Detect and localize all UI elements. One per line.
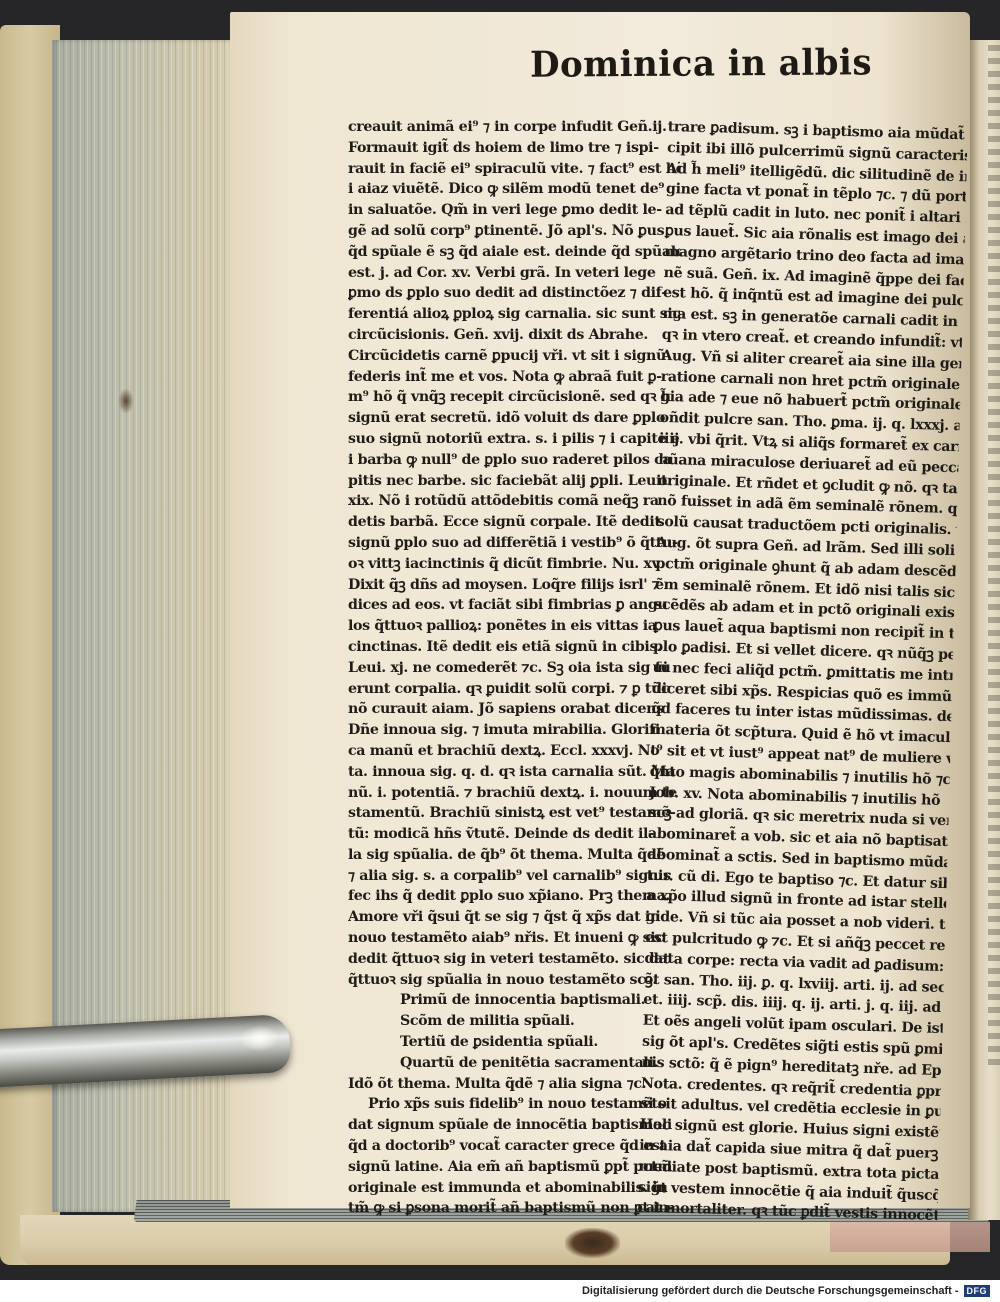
text-line: detis barbã. Ecce signũ corpale. Itẽ ded… — [348, 512, 680, 533]
text-line: signũ erat secretũ. idõ voluit ds dare ꝑ… — [348, 408, 680, 429]
text-line: Quartũ de penitẽtia sacramentali. — [348, 1053, 680, 1074]
text-line: los q̃ttuoꝛ pallioꝝ: ponẽtes in eis vitt… — [348, 616, 680, 637]
text-line: pitis nec barbe. sic faciebãt alij ꝑpli.… — [348, 471, 680, 492]
text-line: Prio xp̃s suis fidelib⁹ in nouo testamẽt… — [348, 1094, 680, 1115]
text-line: federis int̃ me et vos. Nota ꝙ abraã fui… — [348, 367, 680, 388]
cover-spine-fragment — [830, 1222, 990, 1252]
text-line: Circũcidetis carnẽ ꝑpucij vři. vt sit i … — [348, 346, 680, 367]
text-line: ta. innoua sig. q. d. qꝛ ista carnalia s… — [348, 762, 680, 783]
text-line: fec ihs q̃ dedit ꝑplo suo xp̃iano. Prꝫ t… — [348, 886, 680, 907]
text-line: q̃d a doctorib⁹ vocat̃ caracter grece q̃… — [348, 1136, 680, 1157]
running-head: Dominica in albis — [530, 42, 872, 87]
text-line: xix. Nõ i rotũdũ attõdebitis comã neq̃ꝫ … — [348, 491, 680, 512]
text-line: q̃ttuoꝛ sig spũalia in nouo testamẽto sc… — [348, 970, 680, 991]
cover-stain — [565, 1228, 620, 1258]
text-line: ⁊ alia sig. s. a corpalib⁹ vel carnalib⁹… — [348, 866, 680, 887]
text-line: erunt corpalia. qꝛ ꝑuidit solũ corpi. ⁊ … — [348, 679, 680, 700]
text-line: la sig spũalia. de q̃b⁹ õt thema. Multa … — [348, 845, 680, 866]
text-line: Amore vři q̃sui q̃t se sig ⁊ q̃st q̃ xp̃… — [348, 907, 680, 928]
text-line: ꝑmo ds ꝑplo suo dedit ad distinctõez ⁊ d… — [348, 283, 680, 304]
text-line: Dñe innoua sig. ⁊ imuta mirabilia. Glori… — [348, 720, 680, 741]
text-line: tũ: modicã hñs ṽtutẽ. Deinde ds dedit il… — [348, 824, 680, 845]
text-line: dedit q̃ttuoꝛ sig in veteri testamẽto. s… — [348, 949, 680, 970]
text-line: Primũ de innocentia baptismali. — [348, 990, 680, 1011]
text-line: est. j. ad Cor. xv. Verbi grã. In veteri… — [348, 263, 680, 284]
text-line: Formauit igit̃ ds hoiem de limo tre ⁊ is… — [348, 138, 680, 159]
text-line: i aiaz viuẽtẽ. Dico ꝙ silẽm modũ tenet d… — [348, 179, 680, 200]
text-line: dices ad eos. vt faciãt sibi fimbrias ꝑ … — [348, 595, 680, 616]
text-line: creauit animã ei⁹ ⁊ in corpe infudit Geñ… — [348, 117, 680, 138]
footer-credit-bar: Digitalisierung gefördert durch die Deut… — [0, 1280, 1000, 1302]
text-line: q̃d spũale ẽ sꝫ q̃d aiale est. deinde q̃… — [348, 242, 680, 263]
text-line: suo signũ notoriũ extra. s. i pilis ⁊ i … — [348, 429, 680, 450]
text-line: signũ latine. Aia em̃ añ baptismũ ꝑpt̃ p… — [348, 1157, 680, 1178]
text-line: Idõ õt thema. Multa q̃dẽ ⁊ alia signa ⁊c… — [348, 1074, 680, 1095]
left-text-column: creauit animã ei⁹ ⁊ in corpe infudit Geñ… — [348, 117, 680, 1219]
text-line: circũcisionis. Geñ. xvij. dixit ds Abrah… — [348, 325, 680, 346]
text-line: originale est immunda et abominabilis. i… — [348, 1178, 680, 1199]
text-line: gẽ ad solũ corp⁹ ꝑtinentẽ. Jõ apl's. Nõ … — [348, 221, 680, 242]
text-line: m⁹ hõ q̃ vnq̃ꝫ recepit circũcisionẽ. sed… — [348, 387, 680, 408]
text-line: in saluatõe. Qm̃ in veri lege ꝑmo dedit … — [348, 200, 680, 221]
text-line: ferentiá alioꝝ ꝑploꝝ sig carnalia. sic s… — [348, 304, 680, 325]
text-line: stamentũ. Brachiũ sinistꝝ est vet⁹ testa… — [348, 803, 680, 824]
text-line: i barba ꝙ null⁹ de ꝑplo suo raderet pilo… — [348, 450, 680, 471]
text-line: oꝛ vittꝫ iacinctinis q̃ dicũt fimbrie. N… — [348, 554, 680, 575]
footer-credit-text: Digitalisierung gefördert durch die Deut… — [582, 1285, 959, 1297]
text-line: Tertiũ de ꝑsidentia spũali. — [348, 1032, 680, 1053]
text-line: nouo testamẽto aiab⁹ nřis. Et inueni ꝙ s… — [348, 928, 680, 949]
text-line: rauit in faciẽ ei⁹ spiraculũ vite. ⁊ fac… — [348, 159, 680, 180]
book-photo: Dominica in albis creauit animã ei⁹ ⁊ in… — [0, 0, 1000, 1280]
page-edge-stain — [118, 388, 134, 414]
text-line: ca manũ et brachiũ dextꝝ. Eccl. xxxvj. N… — [348, 741, 680, 762]
facing-page-text — [988, 45, 1000, 1065]
text-line: Dixit q̃ꝫ dñs ad moysen. Loq̃re filijs i… — [348, 575, 680, 596]
right-text-column: trare ꝑadisum. sꝫ i baptismo aia mũdat̃ … — [637, 117, 968, 1227]
text-line: nũ. i. potentiã. ⁊ brachiũ dextꝝ. i. nou… — [348, 783, 680, 804]
dfg-logo: DFG — [964, 1285, 991, 1297]
text-line: cinctinas. Itẽ dedit eis etiã signũ in c… — [348, 637, 680, 658]
text-line: Leui. xj. ne comederẽt ⁊c. Sꝫ oia ista s… — [348, 658, 680, 679]
text-line: nõ curauit aiam. Jõ sapiens orabat dicen… — [348, 699, 680, 720]
text-line: tm̃ ꝙ si ꝑsona morit̃ añ baptismũ non ꝑt… — [348, 1198, 680, 1219]
text-line: dat signum spũale de innocẽtia baptismal… — [348, 1115, 680, 1136]
text-line: Scõm de militia spũali. — [348, 1011, 680, 1032]
text-line: signũ ꝑplo suo ad differẽtiã i vestib⁹ õ… — [348, 533, 680, 554]
